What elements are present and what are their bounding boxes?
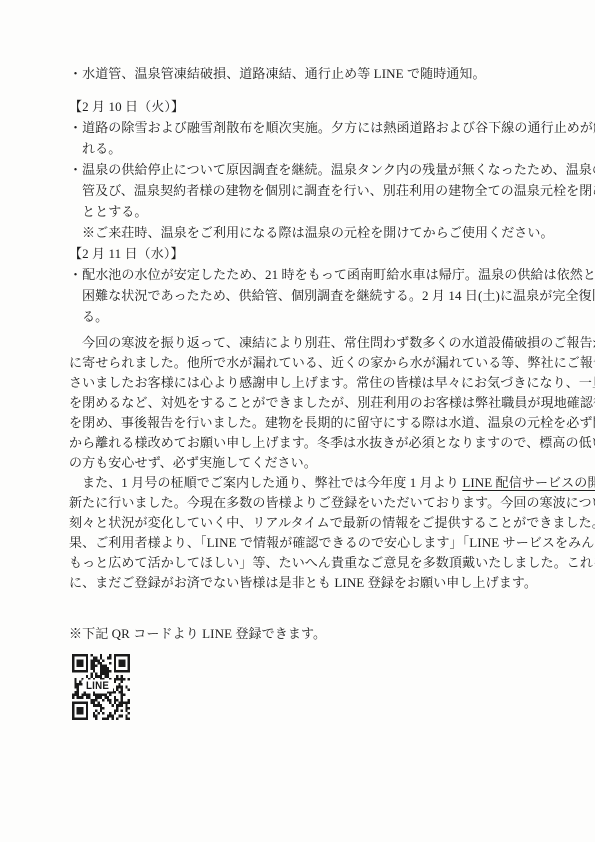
feb10-line: ・温泉の供給停止について原因調査を継続。温泉タンク内の残量が無くなったため、温泉… — [69, 159, 535, 180]
feb10-line: ・道路の除雪および融雪剤散布を順次実施。夕方には熱函道路および谷下線の通行止めが… — [69, 117, 535, 138]
feb11-line: ・配水池の水位が安定したため、21 時をもって函南町給水車は帰庁。温泉の供給は依… — [69, 264, 535, 285]
document-body: ・水道管、温泉管凍結破損、道路凍結、通行止め等 LINE で随時通知。 【2 月… — [69, 63, 535, 720]
spacer — [69, 593, 535, 623]
feb10-note-line: ※ご来荘時、温泉をご利用になる際は温泉の元栓を開けてからご使用ください。 — [69, 222, 535, 243]
underlined-line-service-text: LINE 配信サービスの開始 — [462, 475, 595, 490]
date-heading-feb11: 【2 月 11 日（水）】 — [69, 243, 535, 264]
feb10-line: れる。 — [69, 138, 535, 159]
line-qr-code: LINE — [72, 654, 130, 720]
paragraph-line: を閉めるなど、対処をすることができましたが、別荘利用のお客様は弊社職員が現地確認… — [69, 393, 535, 413]
paragraph-line: に、まだご登録がお済でない皆様は是非とも LINE 登録をお願い申し上げます。 — [69, 573, 535, 593]
feb10-line: 管及び、温泉契約者様の建物を個別に調査を行い、別荘利用の建物全ての温泉元栓を閉め… — [69, 180, 535, 201]
paragraph-line: また、1 月号の柾順でご案内した通り、弊社では今年度 1 月より LINE 配信… — [69, 473, 535, 493]
qr-instruction-line: ※下記 QR コードより LINE 登録できます。 — [69, 623, 535, 644]
scanned-newsletter-page: ・水道管、温泉管凍結破損、道路凍結、通行止め等 LINE で随時通知。 【2 月… — [0, 0, 595, 842]
notice-bullet-line: ・水道管、温泉管凍結破損、道路凍結、通行止め等 LINE で随時通知。 — [69, 63, 535, 84]
date-heading-feb10: 【2 月 10 日（火）】 — [69, 96, 535, 117]
paragraph-line: もっと広めて活かしてほしい」等、たいへん貴重なご意見を多数頂戴いたしました。これ… — [69, 553, 535, 573]
line-service-paragraph: また、1 月号の柾順でご案内した通り、弊社では今年度 1 月より LINE 配信… — [69, 473, 535, 593]
spacer — [69, 644, 535, 654]
recap-paragraph: 今回の寒波を振り返って、凍結により別荘、常住問わず数多くの水道設備破損のご報告が… — [69, 333, 535, 473]
paragraph-line: 今回の寒波を振り返って、凍結により別荘、常住問わず数多くの水道設備破損のご報告が… — [69, 333, 535, 353]
paragraph-line: から離れる様改めてお願い申し上げます。冬季は水抜きが必須となりますので、標高の低… — [69, 433, 535, 453]
paragraph-line: さいましたお客様には心より感謝申し上げます。常住の皆様は早々にお気づきになり、一… — [69, 373, 535, 393]
paragraph-line: に寄せられました。他所で水が漏れている、近くの家から水が漏れている等、弊社にご報… — [69, 353, 535, 373]
paragraph-line: を閉め、事後報告を行いました。建物を長期的に留守にする際は水道、温泉の元栓を必ず… — [69, 413, 535, 433]
paragraph-line: 果、ご利用者様より、「LINE で情報が確認できるので安心します」「LINE サ… — [69, 533, 535, 553]
feb11-line: 困難な状況であったため、供給管、個別調査を継続する。2 月 14 日(土)に温泉… — [69, 285, 535, 306]
paragraph-text: また、1 月号の柾順でご案内した通り、弊社では今年度 1 月より — [82, 475, 462, 490]
svg-text:LINE: LINE — [86, 681, 109, 693]
paragraph-line: の方も安心せず、必ず実施してください。 — [69, 453, 535, 473]
paragraph-line: 新たに行いました。今現在多数の皆様よりご登録をいただいております。今回の寒波につ… — [69, 493, 535, 513]
spacer — [69, 84, 535, 96]
feb10-line: ととする。 — [69, 201, 535, 222]
paragraph-line: 刻々と状況が変化していく中、リアルタイムで最新の情報をご提供することができました… — [69, 513, 535, 533]
feb11-line: る。 — [69, 306, 535, 327]
